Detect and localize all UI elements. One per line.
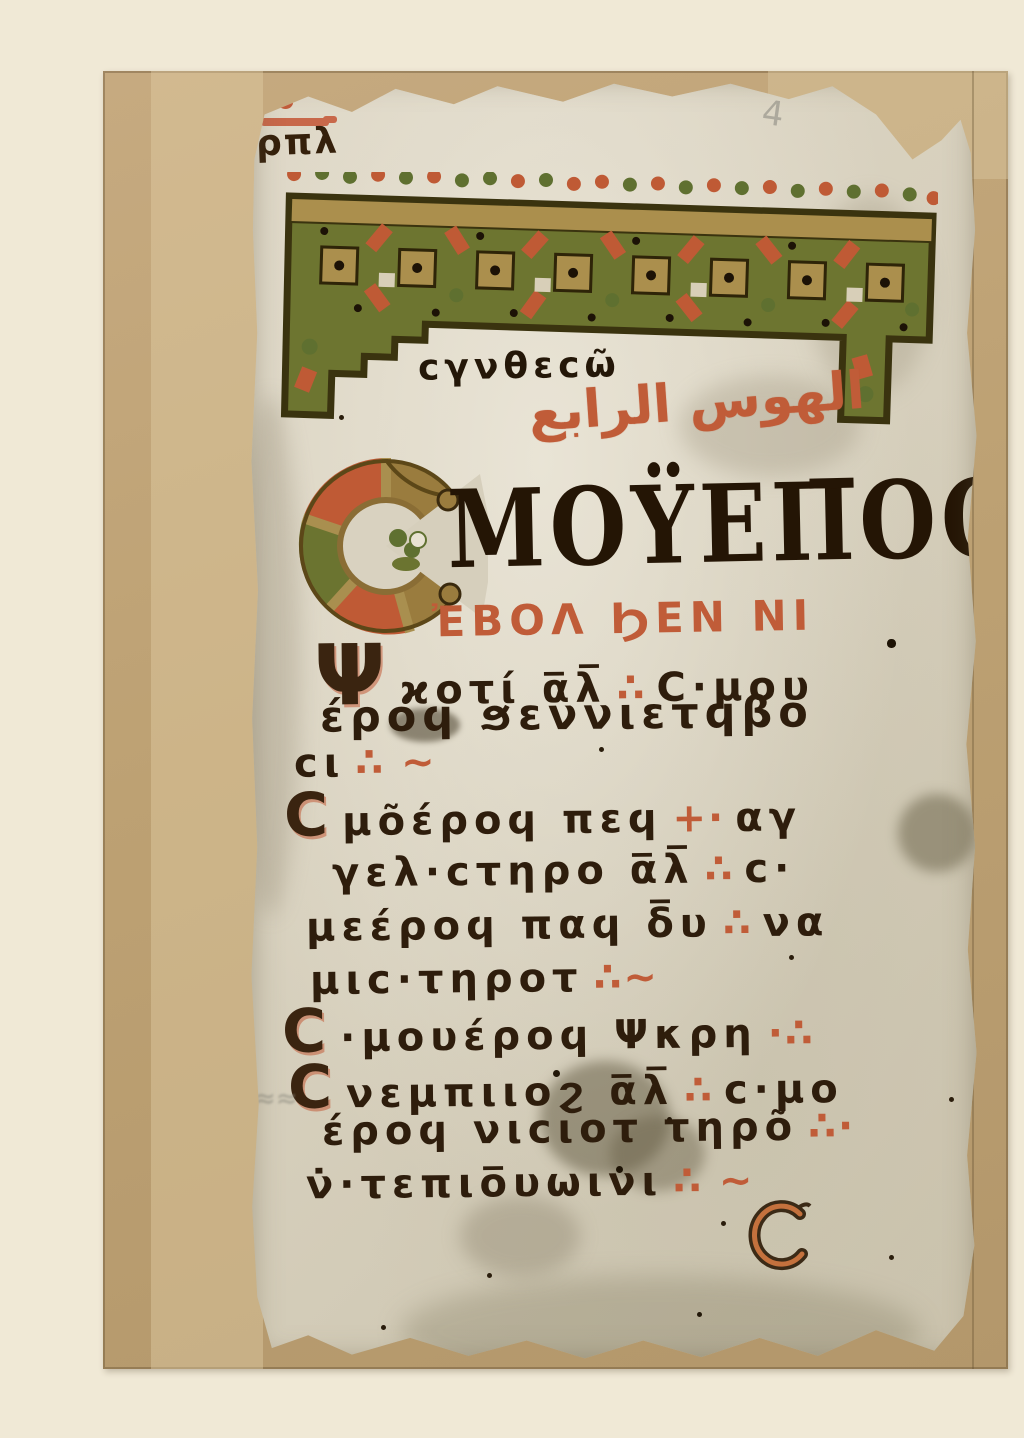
fragment-edge-shading [250, 76, 978, 1361]
manuscript-fragment: ρπλ 4 [250, 76, 978, 1361]
binding-guard-strip [151, 71, 263, 1369]
photo-background: { "photo": { "background_color": "#f0e9d… [0, 0, 1024, 1438]
